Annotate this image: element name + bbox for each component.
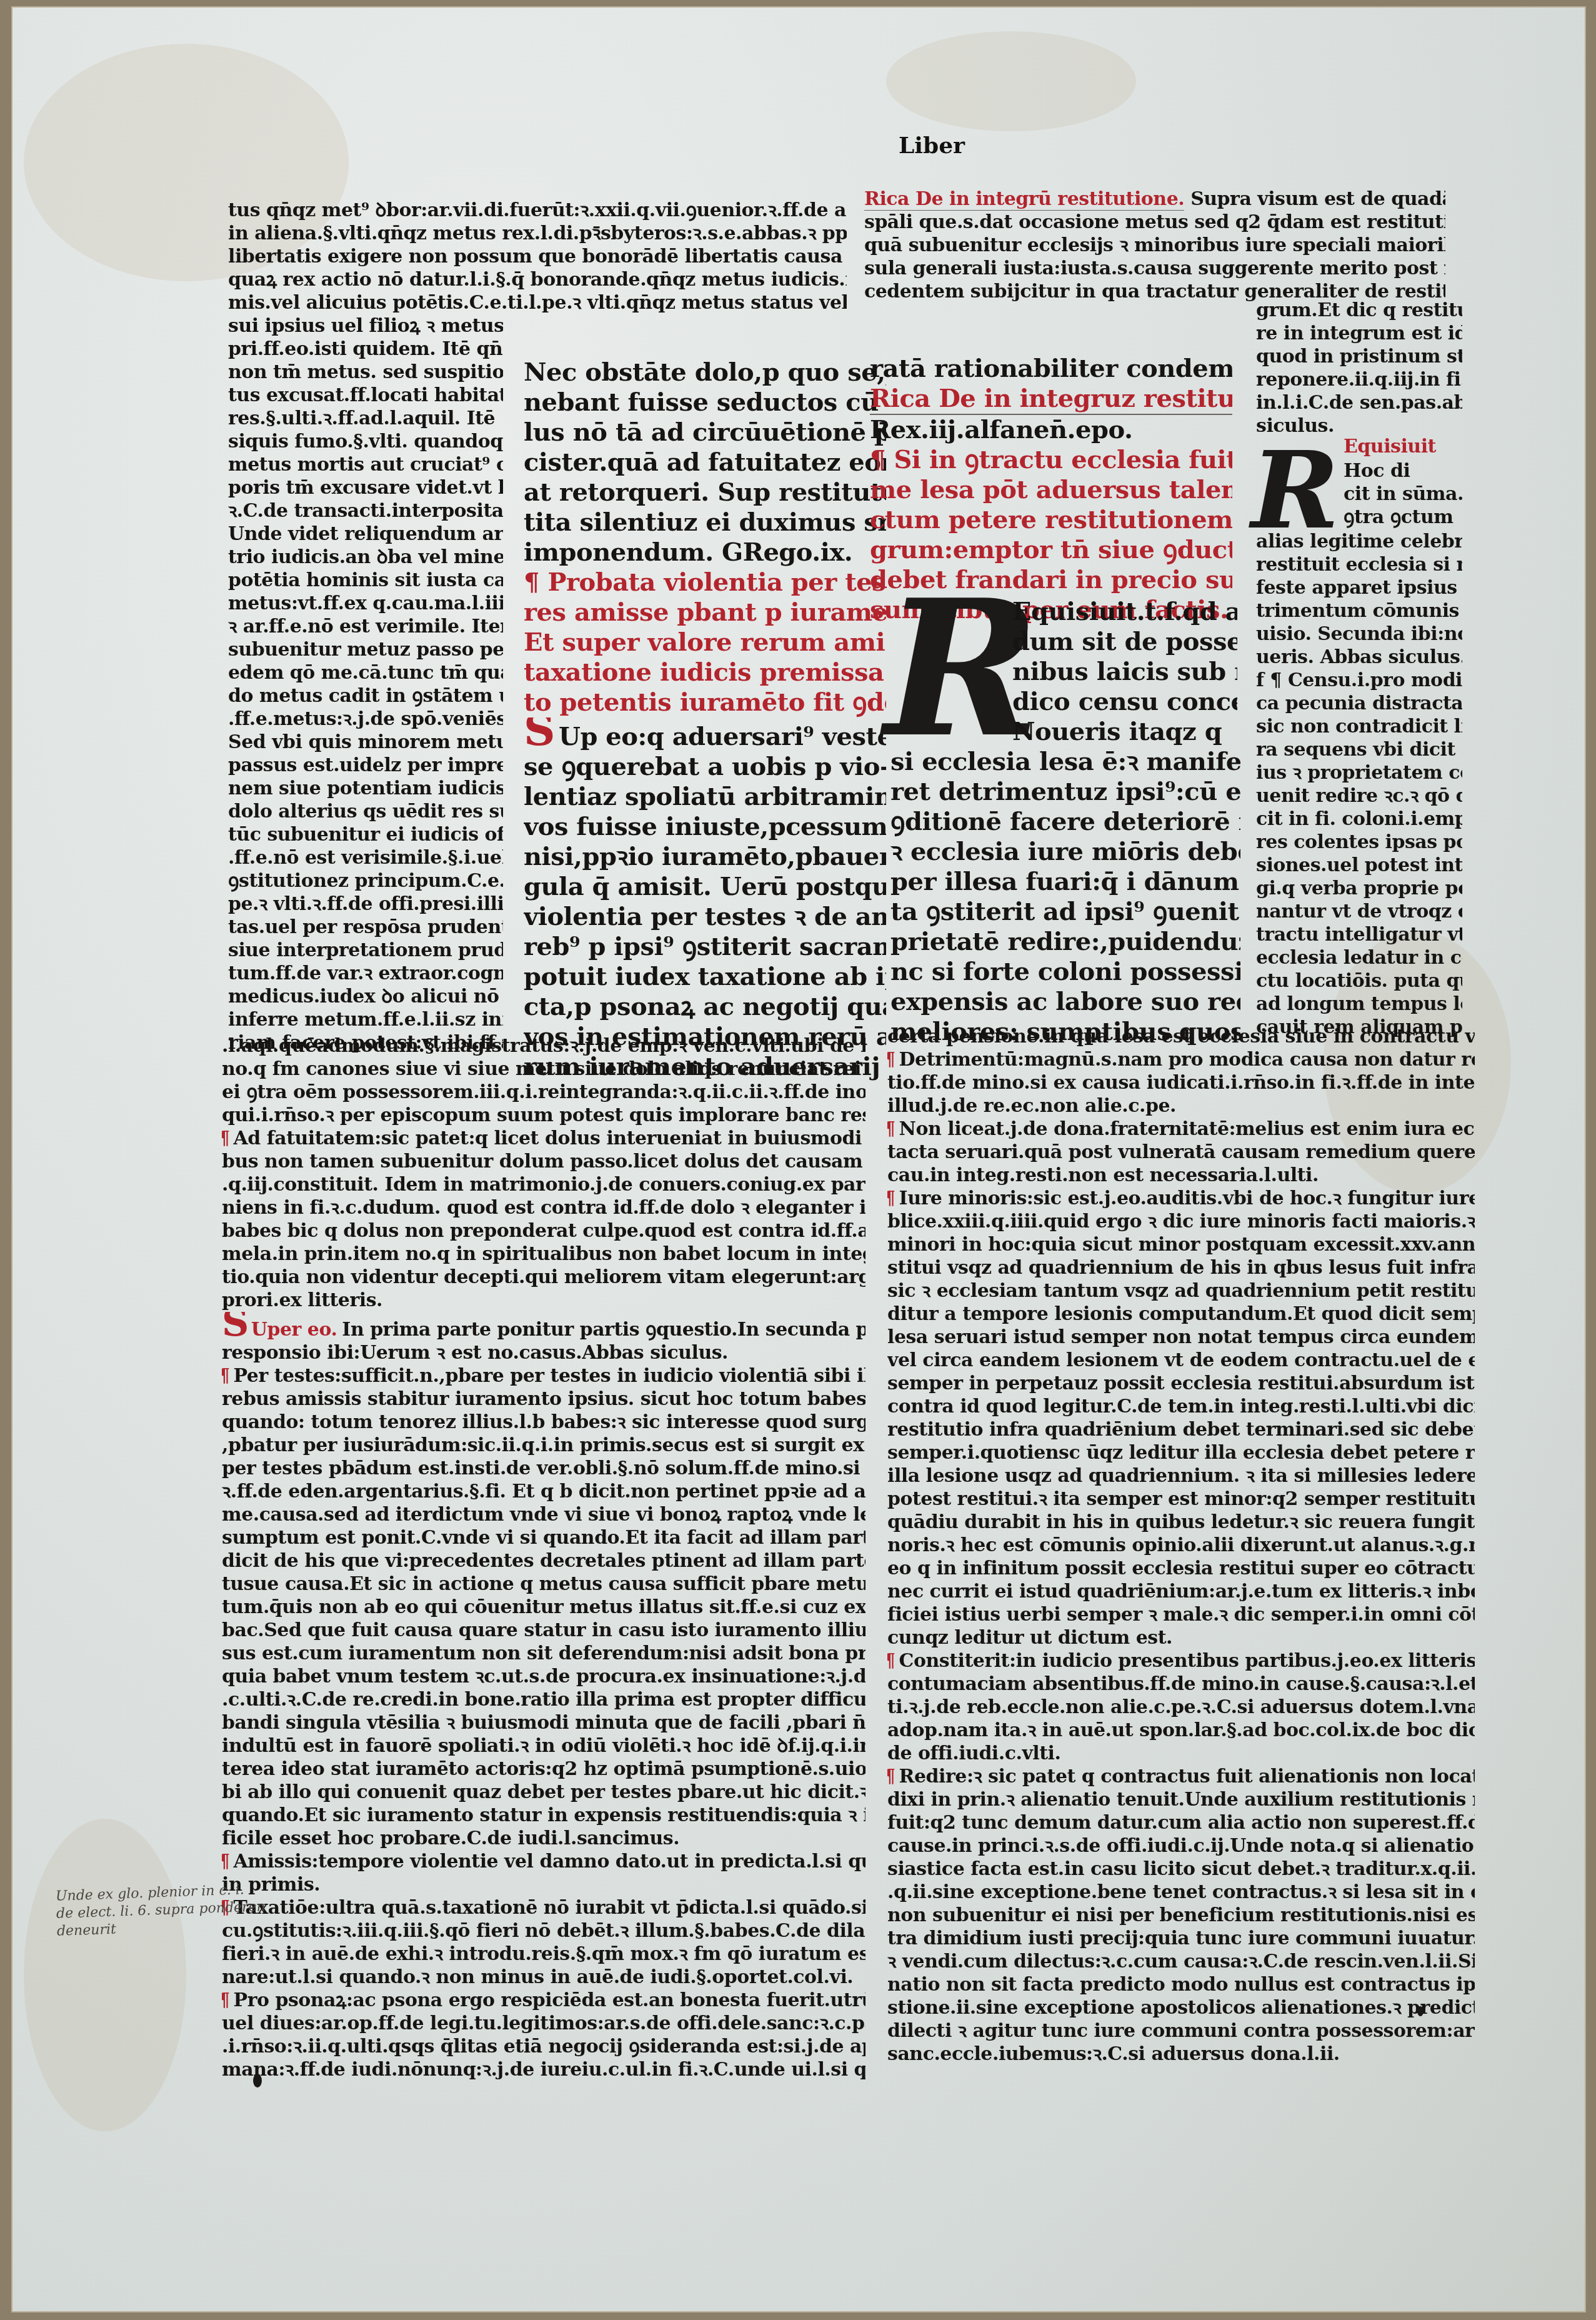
gloss-line: ficile esset hoc probare.C.de iudi.l.san…: [222, 1827, 865, 1850]
gloss-line: qui.i.rn̄so.ꝛ per episcopum suum potest …: [222, 1104, 865, 1127]
line-text: stitui vsqz ad quadriennium de his in qb…: [887, 1257, 1475, 1279]
gloss-line: bi ab illo qui conuenit quaz debet per t…: [222, 1781, 865, 1804]
top-gloss-left: tus qn̄qz met⁹ ꝺbor:ar.vii.di.fuerūt:ꝛ.x…: [228, 199, 847, 314]
rubric-line: res amisse pbant p iuramentum.: [524, 597, 886, 627]
gloss-line: h¶Non liceat.j.de dona.fraternitatē:meli…: [887, 1117, 1475, 1141]
text-line: ꝯditionē facere deteriorē n̄ liceat: [890, 807, 1240, 837]
gloss-entry: .l.aql.quēadmodum.§.magistratus:ꝛ.j.de e…: [222, 1034, 865, 1127]
line-text: potuit iudex taxatione ab ipso fa: [524, 962, 886, 991]
text-line: poris tm̄ excusare videt.vt hic:: [228, 476, 503, 499]
line-text: se ꝯquerebat a uobis p vio-: [524, 752, 886, 781]
gloss-line: contra id quod legitur.C.de tem.in integ…: [887, 1395, 1475, 1418]
paragraph-mark-icon: ¶: [222, 1365, 230, 1387]
text-line: metus:vt.ff.ex q.cau.ma.l.iii: [228, 592, 503, 615]
line-text: Non liceat.j.de dona.fraternitatē:melius…: [899, 1118, 1475, 1140]
text-line: imponendum. GRego.ix.: [524, 537, 886, 567]
gloss-line: de offi.iudi.c.vlti.: [887, 1742, 1475, 1765]
gloss-line: cause.in princi.ꝛ.s.de offi.iudi.c.ij.Un…: [887, 1834, 1475, 1857]
gloss-line: ,pbatur per iusiurādum:sic.ii.q.i.in pri…: [222, 1434, 865, 1457]
gloss-line: rebus amissis stabitur iuramento ipsius.…: [222, 1387, 865, 1411]
line-text: sus est.cum iuramentum non sit deferendu…: [222, 1642, 865, 1664]
line-text: restitutio infra quadriēnium debet termi…: [887, 1419, 1475, 1441]
gloss-line: per testes pbādum est.insti.de ver.obli.…: [222, 1457, 865, 1480]
line-text: Taxatiōe:ultra quā.s.taxationē nō iurabi…: [234, 1897, 865, 1919]
line-text: Constiterit:in iudicio presentibus parti…: [899, 1650, 1475, 1672]
text-line: se ꝯquerebat a uobis p vio-: [524, 752, 886, 782]
line-text: cister.quā ad fatuitatez eorū debe: [524, 447, 886, 477]
text-line: siue interpretationem pruden-: [228, 939, 503, 962]
text-line: per illesa fuari:q̄ i dānum ei⁹ da-: [890, 867, 1240, 897]
main-text-right-bottom: si ecclesia lesa ē:ꝛ manifeste apparet d…: [890, 747, 1240, 1047]
rubric-line: Et super valore rerum amissarū: [524, 627, 886, 657]
line-text: sanc.eccle.iubemus:ꝛ.C.si aduersus dona.…: [887, 2043, 1340, 2065]
line-text: ratā rationabiliter condemnarē.: [870, 354, 1232, 383]
text-line: tum.ff.de var.ꝛ extraor.cogni.: [228, 962, 503, 985]
line-text: dicit de his que vi:precedentes decretal…: [222, 1550, 865, 1572]
text-line: trio iudicis.an ꝺba vel mine vel: [228, 546, 503, 569]
line-text: nec currit ei istud quadriēnium:ar.j.e.t…: [887, 1581, 1475, 1602]
line-text: uel diues:ar.op.ff.de legi.tu.legitimos:…: [222, 2012, 865, 2034]
gloss-entry: certa pensione.in qua lesa est ecclesia …: [887, 1025, 1475, 1048]
line-text: ficiei istius uerbi semper ꝛ male.ꝛ dic …: [887, 1604, 1475, 1626]
line-text: ¶ Probata violentia per testes: [524, 567, 886, 597]
gloss-line: quaꝝ rex actio nō datur.l.i.§.q̄ bonoran…: [228, 268, 847, 291]
line-text: adop.nam ita.ꝛ in auē.ut spon.lar.§.ad b…: [887, 1719, 1475, 1741]
gloss-line: spāli que.s.dat occasione metus sed q2 q…: [864, 211, 1445, 234]
gloss-line: semper.i.quotiensc ūqz leditur illa eccl…: [887, 1441, 1475, 1464]
text-line: ret detrimentuz ipsi⁹:cū epo eius: [890, 777, 1240, 807]
rubric-line: Rica De in integruz restitutione.: [870, 384, 1232, 415]
line-text: Iure minoris:sic est.j.eo.auditis.vbi de…: [899, 1187, 1475, 1209]
line-text: .l.aql.quēadmodum.§.magistratus:ꝛ.j.de e…: [222, 1035, 865, 1057]
line-text: Rex.iij.alfanen̄.epo.: [870, 415, 1132, 444]
gloss-line: mis.vel alicuius potētis.C.e.ti.l.pe.ꝛ v…: [228, 291, 847, 314]
text-line: edem qō me.cā.tunc tm̄ quan-: [228, 661, 503, 684]
text-line: Nec obstāte dolo,p quo se,ppo: [524, 357, 886, 387]
text-line: ꝛ.C.de transacti.interpositas.: [228, 499, 503, 522]
text-line: uisio. Secunda ibi:no-: [1256, 622, 1462, 646]
gloss-line: quia babet vnum testem ꝛc.ut.s.de procur…: [222, 1665, 865, 1688]
text-line: dolo alterius qs uēdit res suas: [228, 800, 503, 823]
text-line: do metus cadit in ꝯstātem uirū: [228, 684, 503, 707]
text-line: ꝯstitutionez principum.C.e.l.: [228, 869, 503, 892]
text-line: siones.uel potest intelli: [1256, 854, 1462, 877]
text-line: Unde videt reliquendum arbi: [228, 522, 503, 546]
line-text: dixi in prin.ꝛ alienatio tenuit.Unde aux…: [887, 1789, 1475, 1811]
gloss-line: uel diues:ar.op.ff.de legi.tu.legitimos:…: [222, 2012, 865, 2035]
text-line: nisi,ppꝛio iuramēto,pbauerit sin-: [524, 842, 886, 872]
line-text: mana:ꝛ.ff.de iudi.nōnunq:ꝛ.j.de iureiu.c…: [222, 2059, 865, 2081]
text-line: reponere.ii.q.iij.in fi.ꝛ: [1256, 368, 1462, 391]
gloss-line: tra dimidium iusti precij:quia tunc iure…: [887, 1927, 1475, 1950]
line-text: eo q in infinitum possit ecclesia restit…: [887, 1557, 1475, 1579]
text-line: nibus laicis sub mo-: [1012, 657, 1237, 687]
gloss-line: adop.nam ita.ꝛ in auē.ut spon.lar.§.ad b…: [887, 1719, 1475, 1742]
line-text: fieri.ꝛ in auē.de exhi.ꝛ introdu.reis.§.…: [222, 1943, 865, 1965]
text-line: ius ꝛ proprietatem con: [1256, 761, 1462, 784]
foxing-stain: [886, 31, 1136, 131]
gloss-line: .l.aql.quēadmodum.§.magistratus:ꝛ.j.de e…: [222, 1034, 865, 1057]
line-text: nare:ut.l.si quando.ꝛ non minus in auē.d…: [222, 1966, 853, 1988]
line-text: terea ideo stat iuramēto actoris:q2 hz o…: [222, 1758, 865, 1780]
line-text: semper in perpetauz possit ecclesia rest…: [887, 1372, 1475, 1394]
rubric-line: to petentis iuramēto fit ꝯdēnatio: [524, 687, 886, 717]
line-text: bi ab illo qui conuenit quaz debet per t…: [222, 1781, 865, 1803]
line-text: qui.i.rn̄so.ꝛ per episcopum suum potest …: [222, 1104, 865, 1126]
ink-blot: [1417, 2006, 1424, 2016]
gloss-entry: k¶Constiterit:in iudicio presentibus par…: [887, 1649, 1475, 1765]
paragraph-mark-icon: ¶: [222, 1851, 230, 1872]
line-text: violentia per testes ꝛ de amissis: [524, 902, 886, 931]
line-text: niens in fi.ꝛ.c.dudum. quod est contra i…: [222, 1197, 865, 1219]
line-text: ti.ꝛ.j.de reb.eccle.non alie.c.pe.ꝛ.C.si…: [887, 1696, 1475, 1718]
gloss-line: quā subuenitur ecclesijs ꝛ minoribus iur…: [864, 234, 1445, 257]
line-text: contumaciam absentibus.ff.de mino.in cau…: [887, 1673, 1475, 1695]
line-text: contra id quod legitur.C.de tem.in integ…: [887, 1396, 1475, 1417]
gloss-entry: d¶Taxatiōe:ultra quā.s.taxationē nō iura…: [222, 1896, 865, 1989]
line-text: tio.quia non videntur decepti.qui melior…: [222, 1266, 865, 1288]
gloss-line: i¶Iure minoris:sic est.j.eo.auditis.vbi …: [887, 1187, 1475, 1210]
text-line: ad longum tempus lo-: [1256, 992, 1462, 1016]
gloss-line: quādiu durabit in his in quibus ledetur.…: [887, 1511, 1475, 1534]
rubric-heading: Rica De in integrū restitutione.: [864, 188, 1184, 211]
text-line: subuenitur metuz passo per hoc: [228, 638, 503, 661]
line-text: certa pensione.in qua lesa est ecclesia …: [887, 1026, 1475, 1047]
text-line: potētia hominis sit iusta causa: [228, 569, 503, 592]
line-text: lus nō tā ad circūuētionē p̄dictoꝝ: [524, 417, 886, 447]
text-line: sic non contradicit litte-: [1256, 715, 1462, 738]
line-text: no.q fm canones siue vi siue metu siue d…: [222, 1058, 865, 1080]
gloss-line: nec currit ei istud quadriēnium:ar.j.e.t…: [887, 1580, 1475, 1603]
text-line: quod in pristinum statū: [1256, 345, 1462, 368]
line-text: Ad fatuitatem:sic patet:q licet dolus in…: [234, 1127, 865, 1149]
gloss-line: ꝛ vendi.cum dilectus:ꝛ.c.cum causa:ꝛ.C.d…: [887, 1950, 1475, 1973]
gloss-line: noris.ꝛ hec est cōmunis opinio.alii dixe…: [887, 1534, 1475, 1557]
line-text: sic ꝛ ecclesiam tantum vsqz ad quadrienn…: [887, 1280, 1475, 1302]
running-head: Liber: [899, 132, 965, 159]
gloss-entry: h¶Non liceat.j.de dona.fraternitatē:meli…: [887, 1117, 1475, 1187]
line-text: lesa seruari istud semper non notat temp…: [887, 1326, 1475, 1348]
text-line: dum sit de possessio-: [1012, 627, 1237, 657]
gloss-line: semper in perpetauz possit ecclesia rest…: [887, 1372, 1475, 1395]
gloss-line: cunqz leditur ut dictum est.: [887, 1626, 1475, 1649]
text-line: tractu intelligatur vt si: [1256, 923, 1462, 946]
text-line: f ¶ Censu.i.pro modi-: [1256, 669, 1462, 692]
text-line: cit in sūma.: [1344, 482, 1469, 506]
gloss-line: bandi singula vtēsilia ꝛ buiusmodi minut…: [222, 1711, 865, 1734]
main-text-left: Nec obstāte dolo,p quo se,pponebant fuis…: [524, 357, 886, 1082]
gloss-line: SUper eo.In prima parte ponitur partis ꝯ…: [222, 1312, 865, 1341]
gloss-line: indultū est in fauorē spoliati.ꝛ in odiū…: [222, 1734, 865, 1757]
text-line: vos fuisse iniuste,pcessum:cuz nō: [524, 812, 886, 842]
line-text: de offi.iudi.c.vlti.: [887, 1742, 1060, 1764]
bottom-gloss-right: certa pensione.in qua lesa est ecclesia …: [887, 1025, 1475, 2066]
text-line: ca pecunia distracta.ꝛ: [1256, 692, 1462, 715]
line-text: cunqz leditur ut dictum est.: [887, 1627, 1172, 1649]
gloss-line: cau.in integ.resti.non est necessaria.l.…: [887, 1164, 1475, 1187]
gloss-line: nare:ut.l.si quando.ꝛ non minus in auē.d…: [222, 1966, 865, 1989]
text-line: trimentum cōmunis di: [1256, 599, 1462, 622]
line-text: indultū est in fauorē spoliati.ꝛ in odiū…: [222, 1735, 865, 1757]
line-text: .i.rn̄so:ꝛ.ii.q.ulti.qsqs q̄litas etiā n…: [222, 2036, 865, 2057]
text-line: cister.quā ad fatuitatez eorū debe: [524, 447, 886, 477]
gloss-line: niens in fi.ꝛ.c.dudum. quod est contra i…: [222, 1196, 865, 1219]
line-text: stione.ii.sine exceptione apostolicos al…: [887, 1997, 1475, 2019]
line-text: sumptum est ponit.C.vnde vi si quando.Et…: [222, 1527, 865, 1549]
line-text: In prima parte ponitur partis ꝯquestio.I…: [342, 1319, 865, 1341]
text-line: cta,p psonaꝝ ac negotij qualitate: [524, 992, 886, 1022]
gloss-line: bus non tamen subuenitur dolum passo.lic…: [222, 1150, 865, 1173]
line-text: natio non sit facta predicto modo nullus…: [887, 1974, 1475, 1996]
text-line: Equisiuit.t.f.qd agē: [1012, 597, 1237, 627]
top-gloss-right: Rica De in integrū restitutione. Supra v…: [864, 187, 1445, 303]
gloss-line: tio.ff.de mino.si ex causa iudicati.i.rn…: [887, 1071, 1475, 1094]
line-text: me lesa pōt aduersus talem ꝯtra: [870, 475, 1232, 504]
line-text: quia babet vnum testem ꝛc.ut.s.de procur…: [222, 1666, 865, 1687]
text-line: ratā rationabiliter condemnarē.: [870, 354, 1232, 384]
line-text: ꝛ vendi.cum dilectus:ꝛ.c.cum causa:ꝛ.C.d…: [887, 1951, 1475, 1972]
paragraph-mark-icon: ¶: [887, 1766, 895, 1787]
line-text: Pro psonaꝝ:ac psona ergo respiciēda est.…: [234, 1989, 865, 2011]
gloss-line: Supra visum est de quadā restitutiōe: [1190, 188, 1445, 210]
right-gloss-column-top: grum.Et dic q restituere in integrum est…: [1256, 299, 1462, 437]
line-text: babes bic q dolus non preponderat culpe.…: [222, 1220, 865, 1242]
text-line: pri.ff.eo.isti quidem. Itē qn̄qz: [228, 337, 503, 361]
gloss-line: sumptum est ponit.C.vnde vi si quando.Et…: [222, 1526, 865, 1549]
text-line: cit in fi. coloni.i.empto: [1256, 807, 1462, 831]
gloss-line: lesa seruari istud semper non notat temp…: [887, 1326, 1475, 1349]
text-line: ueris. Abbas siculus.: [1256, 646, 1462, 669]
text-line: dico censu concessis: [1012, 687, 1237, 717]
gloss-entry: l¶Redire:ꝛ sic patet q contractus fuit a…: [887, 1765, 1475, 2066]
line-text: vel circa eandem lesionem vt de eodem co…: [887, 1349, 1475, 1371]
text-line: re in integrum est idem: [1256, 322, 1462, 345]
text-line: prietatē redire:,puidenduz est tn̄: [890, 927, 1240, 957]
text-line: tus excusat.ff.locati habitato-: [228, 384, 503, 407]
text-line: expensis ac labore suo reddiderit: [890, 987, 1240, 1017]
line-text: ei ꝯtra oēm possessorem.iii.q.i.reintegr…: [222, 1081, 865, 1103]
gloss-entry: a¶Ad fatuitatem:sic patet:q licet dolus …: [222, 1127, 865, 1312]
text-line: ꝛ ar.ff.e.nō est verimile. Item: [228, 615, 503, 638]
rubric-lemma: Uper eo.: [251, 1319, 337, 1341]
gloss-line: potest restitui.ꝛ ita semper est minor:q…: [887, 1487, 1475, 1511]
gloss-line: b¶Per testes:sufficit.n.,pbare per teste…: [222, 1364, 865, 1387]
text-line: Hoc di: [1344, 459, 1469, 482]
line-text: bus non tamen subuenitur dolum passo.lic…: [222, 1151, 865, 1172]
gloss-line: tacta seruari.quā post vulneratā causam …: [887, 1141, 1475, 1164]
text-line: .ff.e.metus:ꝛ.j.de spō.veniēs: [228, 707, 503, 731]
gloss-line: sic ꝛ ecclesiam tantum vsqz ad quadrienn…: [887, 1279, 1475, 1302]
gloss-entry: b¶Per testes:sufficit.n.,pbare per teste…: [222, 1364, 865, 1850]
line-text: cu.ꝯstitutis:ꝛ.iii.q.iii.§.qō fieri nō d…: [222, 1920, 865, 1942]
text-line: pe.ꝛ vlti.ꝛ.ff.de offi.presi.illici: [228, 892, 503, 916]
gloss-line: ti.ꝛ.j.de reb.eccle.non alie.c.pe.ꝛ.C.si…: [887, 1696, 1475, 1719]
gloss-line: d¶Taxatiōe:ultra quā.s.taxationē nō iura…: [222, 1896, 865, 1919]
gloss-line: cu.ꝯstitutis:ꝛ.iii.q.iii.§.qō fieri nō d…: [222, 1919, 865, 1942]
text-line: ctu locatiōis. puta quia: [1256, 969, 1462, 992]
text-line: gi.q verba proprie po-: [1256, 877, 1462, 900]
text-line: metus mortis aut cruciat⁹ cor-: [228, 453, 503, 476]
gloss-line: ficiei istius uerbi semper ꝛ male.ꝛ dic …: [887, 1603, 1475, 1626]
line-text: mela.in prin.item no.q in spiritualibus …: [222, 1243, 865, 1265]
line-text: bandi singula vtēsilia ꝛ buiusmodi minut…: [222, 1712, 865, 1734]
gloss-line: natio non sit facta predicto modo nullus…: [887, 1973, 1475, 1996]
text-line: tas.uel per respōsa prudentum: [228, 916, 503, 939]
gloss-line: blice.xxiii.q.iiii.quid ergo ꝛ dic iure …: [887, 1210, 1475, 1233]
gloss-entry: c¶Amissis:tempore violentie vel damno da…: [222, 1850, 865, 1896]
gloss-line: a¶Ad fatuitatem:sic patet:q licet dolus …: [222, 1127, 865, 1150]
text-line: ta ꝯstiterit ad ipsi⁹ ꝯuenit ius ꝛ,p: [890, 897, 1240, 927]
line-text: ,pbatur per iusiurādum:sic.ii.q.i.in pri…: [222, 1434, 865, 1456]
text-line: nc si forte coloni possessiōes illas: [890, 957, 1240, 987]
text-line: uenit redire ꝛc.ꝛ qō di-: [1256, 784, 1462, 807]
gloss-line: ei ꝯtra oēm possessorem.iii.q.i.reintegr…: [222, 1081, 865, 1104]
gloss-line: .c.ulti.ꝛ.C.de re.credi.in bone.ratio il…: [222, 1688, 865, 1711]
line-text: Per testes:sufficit.n.,pbare per testes …: [234, 1365, 865, 1387]
line-text: semper.i.quotiensc ūqz leditur illa eccl…: [887, 1442, 1475, 1464]
text-line: potuit iudex taxatione ab ipso fa: [524, 962, 886, 992]
gloss-entry: i¶Iure minoris:sic est.j.eo.auditis.vbi …: [887, 1187, 1475, 1649]
gloss-line: sanc.eccle.iubemus:ꝛ.C.si aduersus dona.…: [887, 2042, 1475, 2066]
gloss-line: prori.ex litteris.: [222, 1289, 865, 1312]
left-gloss-column: sui ipsius uel filioꝝ ꝛ metus stupri.ff.…: [228, 314, 503, 1054]
paragraph-mark-icon: ¶: [887, 1650, 895, 1672]
line-text: .c.ulti.ꝛ.C.de re.credi.in bone.ratio il…: [222, 1689, 865, 1711]
gloss-line: dixi in prin.ꝛ alienatio tenuit.Unde aux…: [887, 1788, 1475, 1811]
line-text: Up eo:q aduersari⁹ vester: [559, 722, 886, 751]
text-line: ecclesia ledatur in cōtra: [1256, 946, 1462, 969]
right-gloss-column-bottom: alias legitime celebratūrestituit eccles…: [1256, 530, 1462, 1039]
line-text: ꝛ.ff.de eden.argentarius.§.fi. Et q b di…: [222, 1481, 865, 1502]
gloss-line: fieri.ꝛ in auē.de exhi.ꝛ introdu.reis.§.…: [222, 1942, 865, 1966]
text-line: Noueris itaqz q: [1012, 717, 1237, 747]
line-text: lentiaz spoliatū arbitramini ꝯtra: [524, 782, 886, 811]
paragraph-mark-icon: ¶: [222, 1127, 230, 1149]
gloss-line: tum.q̄uis non ab eo qui cōuenitur metus …: [222, 1596, 865, 1619]
gloss-line: sus est.cum iuramentum non sit deferendu…: [222, 1642, 865, 1665]
line-text: quando: totum tenorez illius.l.b babes:ꝛ…: [222, 1411, 865, 1433]
line-text: prori.ex litteris.: [222, 1289, 382, 1311]
line-text: illa lesione usqz ad quadriennium. ꝛ ita…: [887, 1465, 1475, 1487]
line-text: ficile esset hoc probare.C.de iudi.l.san…: [222, 1827, 679, 1849]
gloss-line: stione.ii.sine exceptione apostolicos al…: [887, 1996, 1475, 2019]
text-line: medicus.iudex ꝺo alicui nō ꝺf: [228, 985, 503, 1008]
gloss-line: in aliena.§.vlti.qn̄qz metus rex.l.di.pꝛ…: [228, 222, 847, 245]
gloss-line: .q.ii.sine exceptione.bene tenet contrac…: [887, 1881, 1475, 1904]
line-text: Detrimentū:magnū.s.nam pro modica causa …: [899, 1049, 1475, 1071]
main-text-right-beside-initial: Equisiuit.t.f.qd agēdum sit de possessio…: [1012, 597, 1237, 747]
text-line: non tm̄ metus. sed suspitio me: [228, 361, 503, 384]
line-text: per testes pbādum est.insti.de ver.obli.…: [222, 1457, 865, 1479]
line-text: potest restitui.ꝛ ita semper est minor:q…: [887, 1488, 1475, 1510]
gloss-line: bac.Sed que fuit causa quare statur in c…: [222, 1619, 865, 1642]
foxing-stain: [24, 1819, 186, 2131]
rubric-line: taxatione iudicis premissa ꝛ secu-: [524, 657, 886, 687]
line-text: fuit:q2 tunc demum datur.cum alia actio …: [887, 1812, 1475, 1834]
line-text: gula q̄ amisit. Uerū postquā de: [524, 872, 886, 901]
paragraph-mark-icon: ¶: [887, 1187, 895, 1209]
gloss-line: stitui vsqz ad quadriennium de his in qb…: [887, 1256, 1475, 1279]
gloss-line: non subuenitur ei nisi per beneficium re…: [887, 1904, 1475, 1927]
gloss-line: mela.in prin.item no.q in spiritualibus …: [222, 1242, 865, 1266]
line-text: tra dimidium iusti precij:quia tunc iure…: [887, 1927, 1475, 1949]
gloss-line: fuit:q2 tunc demum datur.cum alia actio …: [887, 1811, 1475, 1834]
line-text: non subuenitur ei nisi per beneficium re…: [887, 1904, 1475, 1926]
rubricated-initial: S: [524, 717, 555, 752]
line-text: Rica De in integruz restitutione.: [870, 384, 1232, 413]
gloss-line: e¶Pro psonaꝝ:ac psona ergo respiciēda es…: [222, 1989, 865, 2012]
gloss-line: illa lesione usqz ad quadriennium. ꝛ ita…: [887, 1464, 1475, 1487]
line-text: responsio ibi:Uerum ꝛ est no.casus.Abbas…: [222, 1342, 728, 1364]
line-text: ¶ Si in ꝯtractu ecclesia fuit enor: [870, 445, 1232, 474]
gloss-line: vel circa eandem lesionem vt de eodem co…: [887, 1349, 1475, 1372]
text-line: grum.Et dic q restitue: [1256, 299, 1462, 322]
line-text: .q.iij.constituit. Idem in matrimonio.j.…: [222, 1174, 865, 1196]
gloss-line: dicit de his que vi:precedentes decretal…: [222, 1549, 865, 1572]
gloss-line: .q.iij.constituit. Idem in matrimonio.j.…: [222, 1173, 865, 1196]
line-text: at retorqueri. Sup restitutōe pe: [524, 477, 886, 507]
line-text: blice.xxiii.q.iiii.quid ergo ꝛ dic iure …: [887, 1211, 1475, 1232]
line-text: imponendum. GRego.ix.: [524, 537, 852, 567]
gloss-line: sula generali iusta:iusta.s.causa sugger…: [864, 257, 1445, 280]
gloss-line: ditur a tempore lesionis computandum.Et …: [887, 1302, 1475, 1326]
text-line: in.l.i.C.de sen.pas.ab.: [1256, 391, 1462, 414]
line-text: dilecti ꝛ agitur tunc iure communi contr…: [887, 2020, 1475, 2042]
line-text: minori in hoc:quia sicut minor postquam …: [887, 1234, 1475, 1256]
text-line: lus nō tā ad circūuētionē p̄dictoꝝ: [524, 417, 886, 447]
rubric-line: ctum petere restitutionem in inte-: [870, 505, 1232, 535]
gloss-line: restitutio infra quadriēnium debet termi…: [887, 1418, 1475, 1441]
text-line: feste apparet ipsius de-: [1256, 576, 1462, 599]
text-line: at retorqueri. Sup restitutōe pe: [524, 477, 886, 507]
text-line: tita silentiuz ei duximus snīaliter: [524, 507, 886, 537]
right-gloss-beside-initial: Hoc dicit in sūma.ꝯtra ꝯctum: [1344, 459, 1469, 529]
bottom-gloss-left: .l.aql.quēadmodum.§.magistratus:ꝛ.j.de e…: [222, 1034, 865, 2081]
line-text: nebant fuisse seductos cū talis do: [524, 387, 886, 417]
rubric-line: me lesa pōt aduersus talem ꝯtra: [870, 475, 1232, 505]
line-text: siastice facta est.in casu licito sicut …: [887, 1858, 1475, 1880]
text-line: alias legitime celebratū: [1256, 530, 1462, 553]
rubricated-initial: S: [222, 1312, 249, 1341]
line-text: to petentis iuramēto fit ꝯdēnatio: [524, 687, 886, 717]
line-text: cau.in integ.resti.non est necessaria.l.…: [887, 1164, 1319, 1186]
gloss-line: contumaciam absentibus.ff.de mino.in cau…: [887, 1672, 1475, 1696]
rubric-line: ¶ Probata violentia per testes: [524, 567, 886, 597]
rubric-line: ¶ Si in ꝯtractu ecclesia fuit enor: [870, 445, 1232, 475]
gloss-line: illud.j.de re.ec.non alie.c.pe.: [887, 1094, 1475, 1117]
gloss-line: me.causa.sed ad iterdictum vnde vi siue …: [222, 1503, 865, 1526]
gloss-line: c¶Amissis:tempore violentie vel damno da…: [222, 1850, 865, 1873]
line-text: quādiu durabit in his in quibus ledetur.…: [887, 1511, 1475, 1533]
gloss-line: terea ideo stat iuramēto actoris:q2 hz o…: [222, 1757, 865, 1781]
line-text: res amisse pbant p iuramentum.: [524, 597, 886, 627]
line-text: tacta seruari.quā post vulneratā causam …: [887, 1141, 1475, 1163]
gloss-line: siastice facta est.in casu licito sicut …: [887, 1857, 1475, 1881]
text-line: nem siue potentiam iudicis vel: [228, 777, 503, 800]
text-line: nebant fuisse seductos cū talis do: [524, 387, 886, 417]
text-line: Sed vbi quis minorem metuz: [228, 731, 503, 754]
line-text: ditur a tempore lesionis computandum.Et …: [887, 1303, 1475, 1325]
text-line: si ecclesia lesa ē:ꝛ manifeste appa: [890, 747, 1240, 777]
text-line: nantur vt de vtroqz con: [1256, 900, 1462, 923]
line-text: .q.ii.sine exceptione.bene tenet contrac…: [887, 1881, 1475, 1903]
text-line: lentiaz spoliatū arbitramini ꝯtra: [524, 782, 886, 812]
gloss-line: tio.quia non videntur decepti.qui melior…: [222, 1266, 865, 1289]
line-text: cause.in princi.ꝛ.s.de offi.iudi.c.ij.Un…: [887, 1835, 1475, 1857]
gloss-line: tusue causa.Et sic in actione q metus ca…: [222, 1572, 865, 1596]
line-text: vos fuisse iniuste,pcessum:cuz nō: [524, 812, 886, 841]
text-line: sui ipsius uel filioꝝ ꝛ metus stu: [228, 314, 503, 337]
